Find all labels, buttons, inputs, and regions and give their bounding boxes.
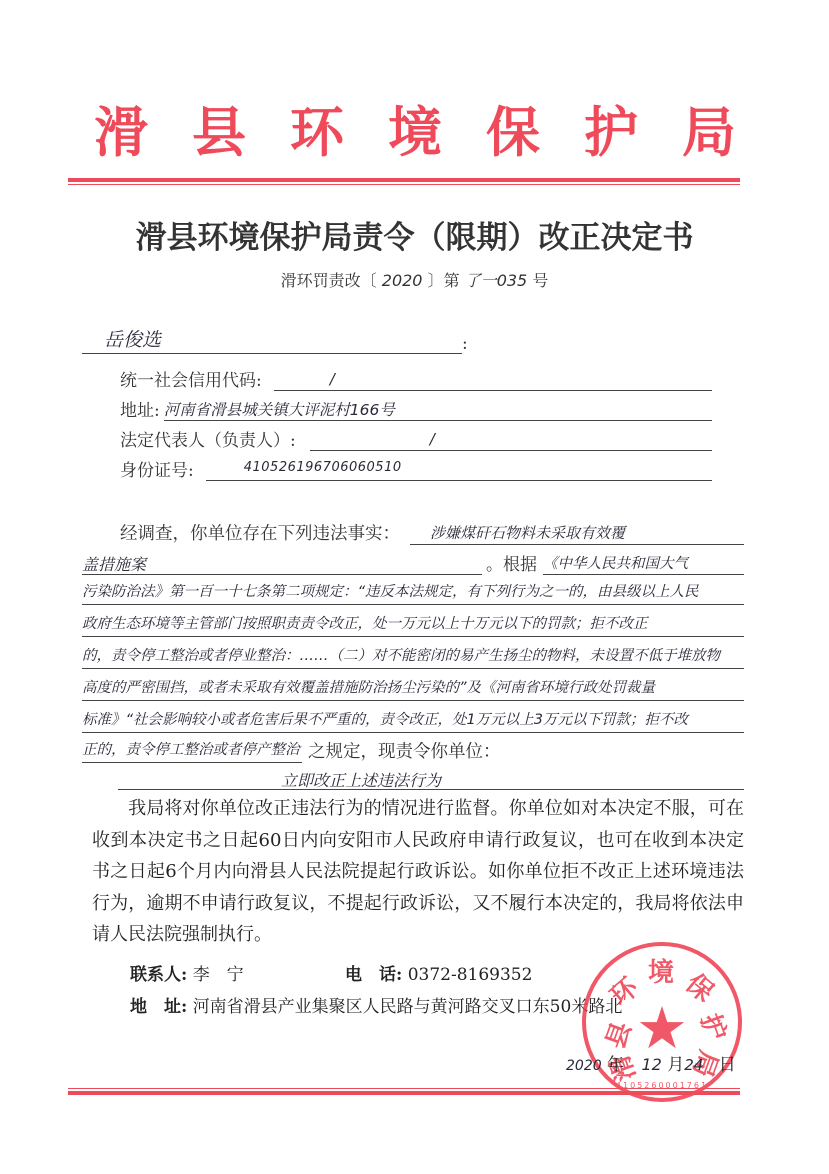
issue-date: 2020 年 12 月24 日 (566, 1050, 736, 1075)
violation-intro: 经调查，你单位存在下列违法事实： (120, 520, 400, 545)
star-icon: ★ (636, 999, 688, 1057)
document-title: 滑县环境保护局责令（限期）改正决定书 (0, 212, 829, 257)
contact-address: 地 址: 河南省滑县产业集聚区人民路与黄河路交叉口东50米路北 (130, 992, 622, 1017)
address-label: 地址: (120, 396, 160, 421)
contact-address-label: 地 址: (130, 997, 187, 1017)
order-line: 立即改正上述违法行为 (118, 768, 744, 790)
address-value: 河南省滑县城关镇大评泥村166号 (164, 398, 712, 421)
law-text-line: 高度的严密围挡，或者未采取有效覆盖措施防治扬尘污染的”及《河南省环境行政处罚裁量 (82, 676, 744, 701)
contact-phone: 电 话: 0372-8169352 (345, 960, 532, 985)
basis-law-start: 《中华人民共和国大气 (543, 552, 744, 575)
letterhead-char: 局 (682, 105, 736, 159)
recipient-colon: : (462, 334, 468, 354)
contact-person-value: 李 宁 (193, 965, 244, 985)
letterhead-char: 滑 (94, 105, 148, 159)
doc-number-suffix: 号 (532, 271, 548, 290)
footer-divider (68, 1088, 740, 1095)
law-text-line: 标准》“社会影响较小或者危害后果不严重的，责令改正，处1万元以上3万元以下罚款；… (82, 708, 744, 733)
violation-fact-line1: 涉嫌煤矸石物料未采取有效覆 (410, 522, 744, 545)
date-day: 24 (684, 1056, 703, 1074)
date-year-unit: 年 (607, 1055, 624, 1075)
doc-number-year: 2020 (382, 271, 423, 290)
contact-person: 联系人: 李 宁 (130, 960, 244, 985)
credit-code-label: 统一社会信用代码: (120, 366, 262, 391)
doc-number-value: 了一035 (465, 271, 528, 290)
basis-label: 。根据 (486, 550, 537, 575)
legal-rep-value: / (310, 430, 712, 451)
legal-rep-field: 法定代表人（负责人）: / (120, 426, 712, 451)
seal-char: 境 (648, 952, 674, 989)
legal-rep-label: 法定代表人（负责人）: (120, 426, 296, 451)
id-number-value: 410526196706060510 (206, 460, 712, 481)
seal-char: 县 (595, 1016, 639, 1053)
date-month: 12 (641, 1055, 661, 1074)
appeal-notice: 我局将对你单位改正违法行为的情况进行监督。你单位如对本决定不服，可在收到本决定书… (92, 793, 744, 951)
law-text-line: 政府生态环境等主管部门按照职责责令改正，处一万元以上十万元以下的罚款；拒不改正 (82, 612, 744, 637)
official-seal: 县 环 境 保 护 局 滑 ★ 4105260001761 (582, 942, 742, 1102)
address-field: 地址: 河南省滑县城关镇大评泥村166号 (120, 396, 712, 421)
seal-char: 护 (693, 1008, 737, 1045)
violation-fact-row2: 盖措施案 。根据 《中华人民共和国大气 (82, 550, 744, 575)
law-text-line: 正的，责令停工整治或者停产整治” (82, 738, 302, 763)
letterhead-char: 环 (290, 105, 344, 159)
date-year: 2020 (566, 1058, 602, 1074)
contact-phone-label: 电 话: (345, 965, 402, 985)
appeal-notice-text: 我局将对你单位改正违法行为的情况进行监督。你单位如对本决定不服，可在收到本决定书… (92, 798, 744, 945)
letterhead-char: 县 (192, 105, 246, 159)
credit-code-field: 统一社会信用代码: / (120, 366, 712, 391)
order-text: 立即改正上述违法行为 (281, 771, 441, 790)
header-divider (68, 178, 740, 185)
violation-fact-line2: 盖措施案 (82, 552, 482, 575)
recipient-name: 岳俊选 (104, 325, 161, 352)
letterhead: 滑 县 环 境 保 护 局 (60, 92, 770, 172)
letterhead-char: 境 (388, 105, 442, 159)
law-end-row: 正的，责令停工整治或者停产整治” 之规定，现责令你单位： (82, 738, 744, 763)
credit-code-value: / (274, 370, 712, 391)
doc-number-prefix: 滑环罚责改〔 (281, 271, 377, 290)
letterhead-char: 护 (584, 105, 638, 159)
date-month-unit: 月 (667, 1055, 684, 1075)
recipient-line: 岳俊选 (82, 328, 462, 354)
doc-number-middle: 〕第 (428, 271, 460, 290)
letterhead-char: 保 (486, 105, 540, 159)
law-text-line: 的，责令停工整治或者停业整治：……（二）对不能密闭的易产生扬尘的物料，未设置不低… (82, 644, 744, 669)
law-end-text: 之规定，现责令你单位： (308, 738, 501, 763)
document-number: 滑环罚责改〔 2020 〕第 了一035 号 (0, 268, 829, 291)
law-text-line: 污染防治法》第一百一十七条第二项规定：“违反本法规定，有下列行为之一的，由县级以… (82, 580, 744, 605)
contact-address-value: 河南省滑县产业集聚区人民路与黄河路交叉口东50米路北 (193, 997, 623, 1017)
date-day-unit: 日 (719, 1055, 736, 1075)
id-number-field: 身份证号: 410526196706060510 (120, 456, 712, 481)
contact-person-label: 联系人: (130, 965, 187, 985)
id-number-label: 身份证号: (120, 456, 194, 481)
violation-intro-row: 经调查，你单位存在下列违法事实： 涉嫌煤矸石物料未采取有效覆 (120, 520, 744, 545)
contact-phone-value: 0372-8169352 (408, 965, 533, 985)
